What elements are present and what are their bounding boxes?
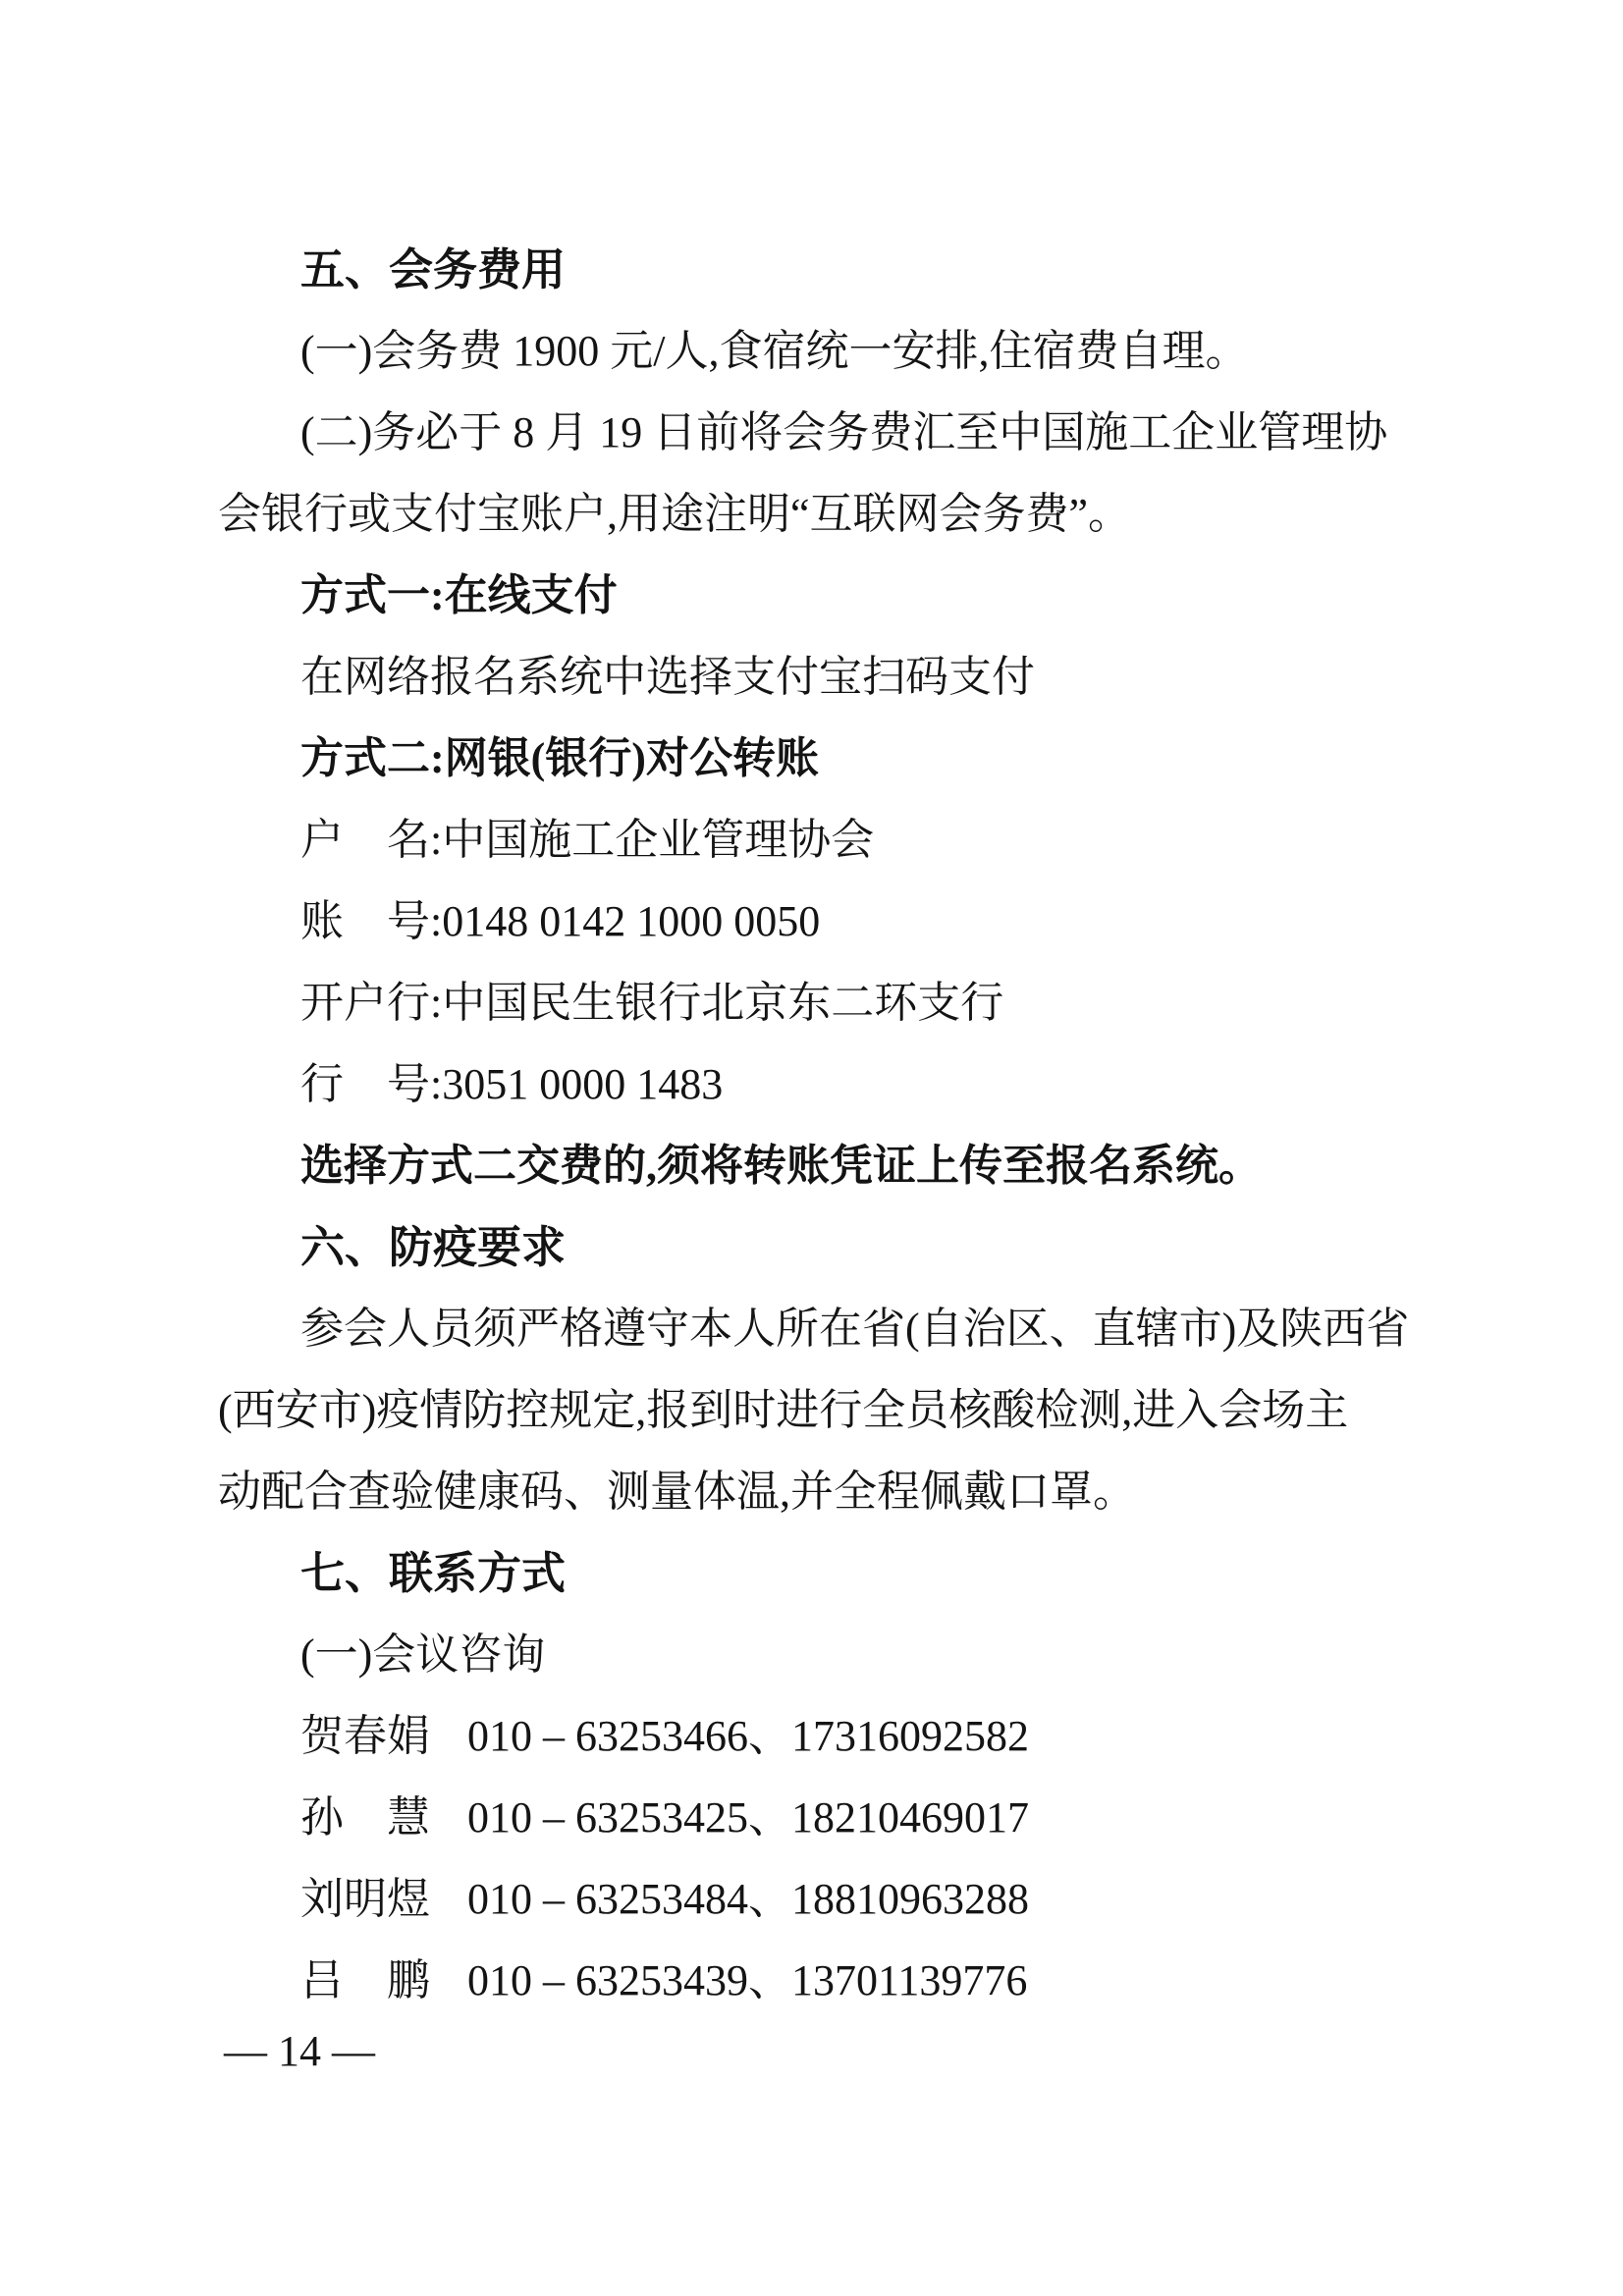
contact-row: 刘明煜010 – 63253484、18810963288: [218, 1858, 1407, 1940]
account-name-label: 户 名:: [300, 816, 442, 864]
epidemic-line2: (西安市)疫情防控规定,报到时进行全员核酸检测,进入会场主: [218, 1369, 1407, 1451]
document-body: 五、会务费用 (一)会务费 1900 元/人,食宿统一安排,住宿费自理。 (二)…: [218, 229, 1407, 2021]
bank-number-label: 行 号:: [300, 1060, 442, 1108]
contact-row: 孙 慧010 – 63253425、18210469017: [218, 1777, 1407, 1858]
bank-number-value: 3051 0000 1483: [442, 1060, 723, 1108]
para-fee-amount: (一)会务费 1900 元/人,食宿统一安排,住宿费自理。: [218, 310, 1407, 392]
contact-row: 贺春娟010 – 63253466、17316092582: [218, 1695, 1407, 1777]
payment-method1-desc: 在网络报名系统中选择支付宝扫码支付: [218, 636, 1407, 718]
contact-subheading: (一)会议咨询: [218, 1614, 1407, 1695]
epidemic-line1: 参会人员须严格遵守本人所在省(自治区、直辖市)及陕西省: [218, 1288, 1407, 1369]
epidemic-line3: 动配合查验健康码、测量体温,并全程佩戴口罩。: [218, 1451, 1407, 1532]
section-heading-contact: 七、联系方式: [218, 1532, 1407, 1614]
para-payment-deadline-line1: (二)务必于 8 月 19 日前将会务费汇至中国施工企业管理协: [218, 392, 1407, 473]
transfer-voucher-note: 选择方式二交费的,须将转账凭证上传至报名系统。: [218, 1125, 1407, 1206]
contact-phones: 010 – 63253425、18210469017: [467, 1793, 1029, 1842]
contact-phones: 010 – 63253439、13701139776: [467, 1956, 1027, 2004]
account-name-row: 户 名:中国施工企业管理协会: [218, 799, 1407, 881]
contact-phones: 010 – 63253466、17316092582: [467, 1712, 1029, 1760]
contact-name: 贺春娟: [300, 1695, 467, 1777]
bank-name-row: 开户行:中国民生银行北京东二环支行: [218, 962, 1407, 1043]
payment-method2-title: 方式二:网银(银行)对公转账: [218, 718, 1407, 799]
bank-name-value: 中国民生银行北京东二环支行: [442, 979, 1003, 1027]
page-number: — 14 —: [224, 2010, 375, 2092]
contact-row: 吕 鹏010 – 63253439、13701139776: [218, 1940, 1407, 2021]
contact-name: 孙 慧: [300, 1777, 467, 1858]
account-name-value: 中国施工企业管理协会: [442, 816, 874, 864]
payment-method1-title: 方式一:在线支付: [218, 555, 1407, 636]
section-heading-epidemic: 六、防疫要求: [218, 1206, 1407, 1288]
contact-phones: 010 – 63253484、18810963288: [467, 1875, 1029, 1923]
account-number-value: 0148 0142 1000 0050: [442, 897, 820, 945]
account-number-label: 账 号:: [300, 897, 442, 945]
contact-name: 吕 鹏: [300, 1940, 467, 2021]
document-page: { "page": { "footer_page_number": "— 14 …: [0, 0, 1623, 2296]
contact-name: 刘明煜: [300, 1858, 467, 1940]
account-number-row: 账 号:0148 0142 1000 0050: [218, 881, 1407, 962]
bank-name-label: 开户行:: [300, 979, 442, 1027]
section-heading-fees: 五、会务费用: [218, 229, 1407, 310]
para-payment-deadline-line2: 会银行或支付宝账户,用途注明“互联网会务费”。: [218, 473, 1407, 555]
bank-number-row: 行 号:3051 0000 1483: [218, 1043, 1407, 1125]
